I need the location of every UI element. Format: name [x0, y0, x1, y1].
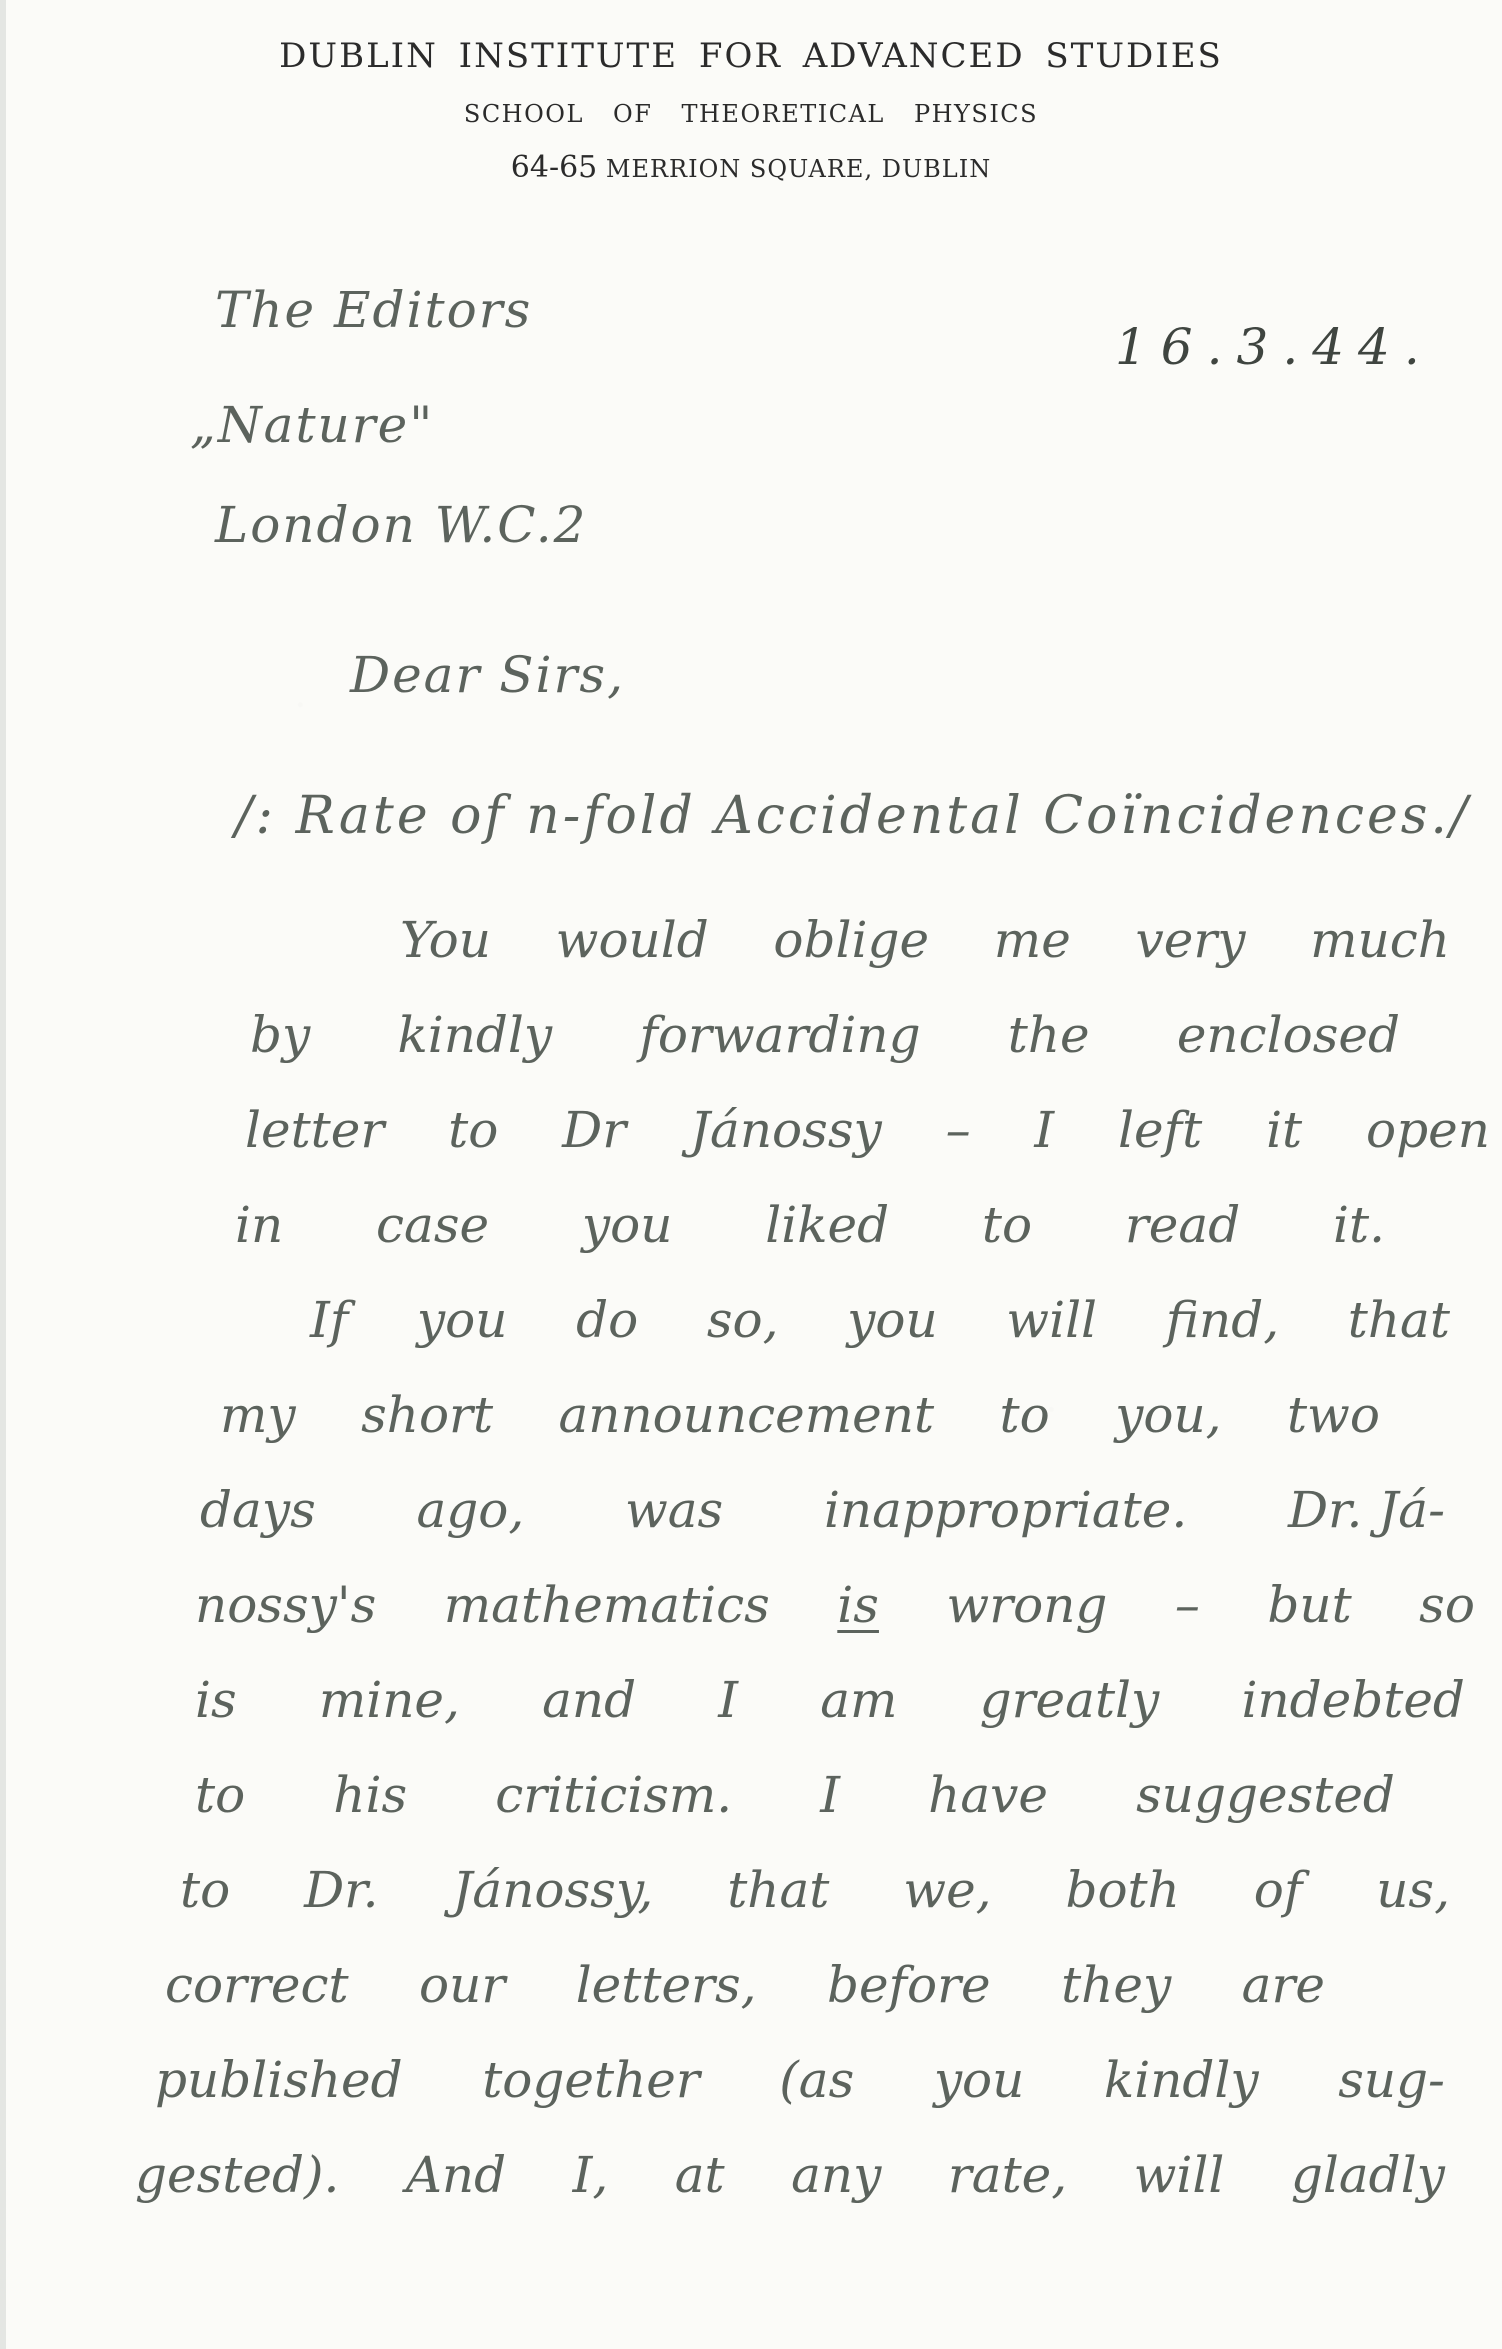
body-line-14: gested). And I, at any rate, will gladly — [135, 2150, 1445, 2200]
word: in — [235, 1200, 283, 1250]
word: you — [934, 2055, 1025, 2105]
subject-line: /: Rate of n-fold Accidental Coïncidence… — [235, 790, 1470, 842]
letter-page: DUBLIN INSTITUTE FOR ADVANCED STUDIES SC… — [0, 0, 1502, 2349]
word: to — [180, 1865, 230, 1915]
word: kindly — [1104, 2055, 1259, 2105]
word: to — [982, 1200, 1032, 1250]
word: I, — [573, 2150, 609, 2200]
body-line-2: by kindly forwarding the enclosed — [250, 1010, 1400, 1060]
letterhead-school: SCHOOL OF THEORETICAL PHYSICS — [0, 100, 1502, 128]
word: ago, — [416, 1485, 524, 1535]
word: suggested — [1136, 1770, 1395, 1820]
body-line-4: in case you liked to read it. — [235, 1200, 1385, 1250]
word: much — [1310, 915, 1450, 965]
word: rate, — [948, 2150, 1067, 2200]
recipient-line-3: London W.C.2 — [215, 500, 587, 550]
word: are — [1242, 1960, 1325, 2010]
word: nossy's — [195, 1580, 376, 1630]
word: you — [582, 1200, 673, 1250]
body-line-9: is mine, and I am greatly indebted — [195, 1675, 1465, 1725]
word: they — [1061, 1960, 1171, 2010]
address-street: MERRION SQUARE, DUBLIN — [606, 155, 991, 183]
word: Dr. — [304, 1865, 378, 1915]
word: you, — [1115, 1390, 1221, 1440]
word: that — [727, 1865, 829, 1915]
word: us, — [1376, 1865, 1450, 1915]
word: read — [1125, 1200, 1240, 1250]
word: Jánossy, — [452, 1865, 653, 1915]
body-line-6: my short announcement to you, two — [220, 1390, 1380, 1440]
word: both — [1065, 1865, 1179, 1915]
word: letters, — [576, 1960, 757, 2010]
word: do — [576, 1295, 638, 1345]
word: announcement — [558, 1390, 934, 1440]
body-line-7: days ago, was inappropriate. Dr. Já- — [200, 1485, 1445, 1535]
word: to — [999, 1390, 1049, 1440]
word: mine, — [319, 1675, 460, 1725]
body-line-3: letter to Dr Jánossy – I left it open — [245, 1105, 1490, 1155]
letterhead-address: 64-65 MERRION SQUARE, DUBLIN — [0, 150, 1502, 185]
word: two — [1287, 1390, 1380, 1440]
word: criticism. — [495, 1770, 732, 1820]
word: by — [250, 1010, 310, 1060]
word: enclosed — [1177, 1010, 1400, 1060]
address-number: 64-65 — [511, 150, 597, 185]
word: is — [195, 1675, 237, 1725]
word: our — [419, 1960, 505, 2010]
word: find, — [1166, 1295, 1279, 1345]
word: case — [376, 1200, 489, 1250]
word: (as — [779, 2055, 854, 2105]
word: greatly — [980, 1675, 1160, 1725]
word: you — [417, 1295, 508, 1345]
word: liked — [765, 1200, 889, 1250]
word: the — [1008, 1010, 1090, 1060]
word: sug- — [1338, 2055, 1445, 2105]
body-line-12: correct our letters, before they are — [165, 1960, 1325, 2010]
word: so, — [707, 1295, 779, 1345]
word: If — [310, 1295, 348, 1345]
word: published — [155, 2055, 403, 2105]
word: mathematics — [444, 1580, 770, 1630]
word: left — [1118, 1105, 1202, 1155]
word: of — [1254, 1865, 1303, 1915]
word: am — [820, 1675, 897, 1725]
word: was — [625, 1485, 723, 1535]
word: – — [1175, 1580, 1200, 1630]
word: so — [1419, 1580, 1475, 1630]
word: his — [333, 1770, 407, 1820]
word: letter — [245, 1105, 384, 1155]
word: at — [675, 2150, 725, 2200]
word: Jánossy — [690, 1105, 882, 1155]
word: would — [556, 915, 709, 965]
word: open — [1366, 1105, 1490, 1155]
word: very — [1135, 915, 1245, 965]
word: it. — [1333, 1200, 1385, 1250]
word: Dr. Já- — [1288, 1485, 1445, 1535]
word: gested). — [135, 2150, 339, 2200]
word: me — [994, 915, 1071, 965]
body-line-11: to Dr. Jánossy, that we, both of us, — [180, 1865, 1450, 1915]
word: before — [827, 1960, 991, 2010]
letter-date: 16.3.44. — [1115, 322, 1434, 372]
word: to — [195, 1770, 245, 1820]
letterhead-institution: DUBLIN INSTITUTE FOR ADVANCED STUDIES — [0, 36, 1502, 76]
word: gladly — [1291, 2150, 1445, 2200]
scan-edge — [0, 0, 6, 2349]
word: inappropriate. — [824, 1485, 1187, 1535]
word: oblige — [773, 915, 929, 965]
word: wrong — [946, 1580, 1107, 1630]
body-line-1: You would oblige me very much — [400, 915, 1450, 965]
word: And — [406, 2150, 506, 2200]
word: I — [718, 1675, 738, 1725]
body-line-5: If you do so, you will find, that — [310, 1295, 1450, 1345]
word: to — [448, 1105, 498, 1155]
word: correct — [165, 1960, 349, 2010]
word: will — [1006, 1295, 1097, 1345]
word: forwarding — [639, 1010, 920, 1060]
word: You — [400, 915, 491, 965]
word: any — [791, 2150, 881, 2200]
underlined-word: is — [837, 1580, 879, 1630]
word: Dr — [562, 1105, 626, 1155]
word: have — [928, 1770, 1048, 1820]
word: kindly — [397, 1010, 552, 1060]
recipient-line-2: „Nature" — [190, 400, 434, 450]
word: will — [1134, 2150, 1225, 2200]
word: and — [542, 1675, 636, 1725]
word: together — [482, 2055, 700, 2105]
word: I — [820, 1770, 840, 1820]
body-line-10: to his criticism. I have suggested — [195, 1770, 1395, 1820]
word: you — [847, 1295, 938, 1345]
word: short — [361, 1390, 493, 1440]
body-line-8: nossy's mathematics is wrong – but so — [195, 1580, 1475, 1630]
word: but — [1267, 1580, 1351, 1630]
salutation: Dear Sirs, — [350, 650, 625, 700]
word: indebted — [1241, 1675, 1465, 1725]
word: we, — [903, 1865, 991, 1915]
word: – — [946, 1105, 971, 1155]
word: I — [1034, 1105, 1054, 1155]
word: days — [200, 1485, 316, 1535]
word: it — [1266, 1105, 1302, 1155]
recipient-line-1: The Editors — [215, 285, 532, 335]
word: that — [1348, 1295, 1450, 1345]
body-line-13: published together (as you kindly sug- — [155, 2055, 1445, 2105]
word: my — [220, 1390, 296, 1440]
